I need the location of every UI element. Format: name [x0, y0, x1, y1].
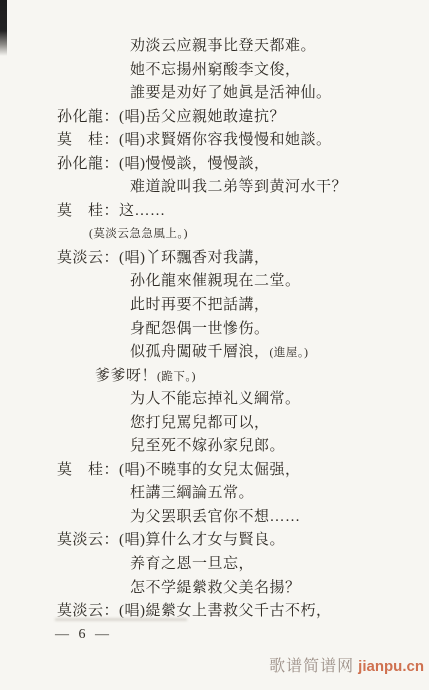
speaker-name: 莫 桂：: [57, 462, 119, 478]
sing-cue: (唱): [119, 132, 146, 148]
line-text: 求賢婿你容我慢慢和她談。: [146, 132, 332, 148]
line-text: 怎不学緹縈救父美名揚？: [130, 580, 301, 596]
line-text: 您打兒罵兒都可以，: [130, 415, 270, 431]
script-line: 此时再要不把話講，: [0, 294, 429, 318]
line-text: 此时再要不把話講，: [130, 297, 270, 313]
script-line: 为人不能忘掉礼义綱常。: [0, 388, 429, 412]
line-text: 身配怨偶一世慘伤。: [130, 321, 270, 337]
script-line: 身配怨偶一世慘伤。: [0, 318, 429, 342]
line-text: 孙化龍來催親現在二堂。: [130, 273, 301, 289]
sing-cue: (唱): [119, 250, 146, 266]
line-text: 丫环飄香对我講，: [146, 250, 270, 266]
script-line: 孙化龍：(唱)岳父应親她敢違抗？: [0, 106, 429, 130]
script-line: 莫 桂：(唱)不曉事的女兒太倔强，: [0, 459, 429, 483]
script-line: 怎不学緹縈救父美名揚？: [0, 577, 429, 601]
script-line: 似孤舟闖破千層浪，(進屋。): [0, 341, 429, 365]
speaker-name: 孙化龍：: [57, 156, 119, 172]
line-text: 劝淡云应親亊比登天都难。: [130, 38, 316, 54]
script-line: 为父罢职丢官你不想……: [0, 506, 429, 530]
script-line: 她不忘揚州窮酸李文俊，: [0, 59, 429, 83]
script-line: 劝淡云应親亊比登天都难。: [0, 35, 429, 59]
script-body: 劝淡云应親亊比登天都难。她不忘揚州窮酸李文俊，誰要是劝好了她眞是活神仙。孙化龍：…: [0, 35, 429, 624]
stage-note: (進屋。): [270, 347, 309, 359]
script-line: 孙化龍：(唱)慢慢談，慢慢談，: [0, 153, 429, 177]
line-text: 不曉事的女兒太倔强，: [146, 462, 301, 478]
script-line: 莫淡云：(唱)丫环飄香对我講，: [0, 247, 429, 271]
watermark: 歌谱简谱网 jianpu.cn: [269, 653, 424, 676]
line-text: 爹爹呀！: [95, 368, 157, 384]
sing-cue: (唱): [119, 532, 146, 548]
script-line: 誰要是劝好了她眞是活神仙。: [0, 82, 429, 106]
script-line: (莫淡云急急風上。): [0, 223, 429, 247]
watermark-site-url: jianpu.cn: [358, 658, 424, 675]
sing-cue: (唱): [119, 462, 146, 478]
script-line: 枉講三綱論五常。: [0, 482, 429, 506]
sing-cue: (唱): [119, 603, 146, 619]
line-text: 为人不能忘掉礼义綱常。: [130, 391, 301, 407]
watermark-site-name: 歌谱简谱网: [269, 658, 354, 675]
script-line: 兒至死不嫁孙家兒郎。: [0, 435, 429, 459]
line-text: 似孤舟闖破千層浪，: [130, 344, 270, 360]
speaker-name: 莫淡云：: [57, 250, 119, 266]
line-text: 慢慢談，慢慢談，: [146, 156, 270, 172]
script-line: 莫 桂：这……: [0, 200, 429, 224]
line-text: 为父罢职丢官你不想……: [130, 509, 301, 525]
line-text: 她不忘揚州窮酸李文俊，: [130, 62, 301, 78]
speaker-name: 莫淡云：: [57, 603, 119, 619]
speaker-name: 莫淡云：: [57, 532, 119, 548]
script-line: 孙化龍來催親現在二堂。: [0, 270, 429, 294]
line-text: 岳父应親她敢違抗？: [146, 109, 286, 125]
script-page: 劝淡云应親亊比登天都难。她不忘揚州窮酸李文俊，誰要是劝好了她眞是活神仙。孙化龍：…: [0, 0, 429, 690]
line-text: (莫淡云急急風上。): [89, 228, 188, 240]
script-line: 您打兒罵兒都可以，: [0, 412, 429, 436]
script-line: 养育之恩一旦忘，: [0, 553, 429, 577]
speaker-name: 莫 桂：: [57, 132, 119, 148]
sing-cue: (唱): [119, 109, 146, 125]
script-line: 难道說叫我二弟等到黄河水干？: [0, 176, 429, 200]
stage-note: (跪下。): [157, 371, 196, 383]
line-text: 这……: [119, 203, 166, 219]
line-text: 緹縈女上書救父千古不朽，: [146, 603, 332, 619]
script-line: 莫淡云：(唱)算什么才女与賢良。: [0, 529, 429, 553]
line-text: 养育之恩一旦忘，: [130, 556, 254, 572]
line-text: 誰要是劝好了她眞是活神仙。: [130, 85, 332, 101]
line-text: 算什么才女与賢良。: [146, 532, 286, 548]
script-line: 爹爹呀！(跪下。): [0, 365, 429, 389]
line-text: 兒至死不嫁孙家兒郎。: [130, 438, 285, 454]
line-text: 枉講三綱論五常。: [130, 485, 254, 501]
speaker-name: 莫 桂：: [57, 203, 119, 219]
sing-cue: (唱): [119, 156, 146, 172]
speaker-name: 孙化龍：: [57, 109, 119, 125]
page-number: — 6 —: [55, 627, 112, 643]
line-text: 难道說叫我二弟等到黄河水干？: [130, 179, 347, 195]
scan-artifact-streak: [55, 618, 187, 621]
script-line: 莫 桂：(唱)求賢婿你容我慢慢和她談。: [0, 129, 429, 153]
